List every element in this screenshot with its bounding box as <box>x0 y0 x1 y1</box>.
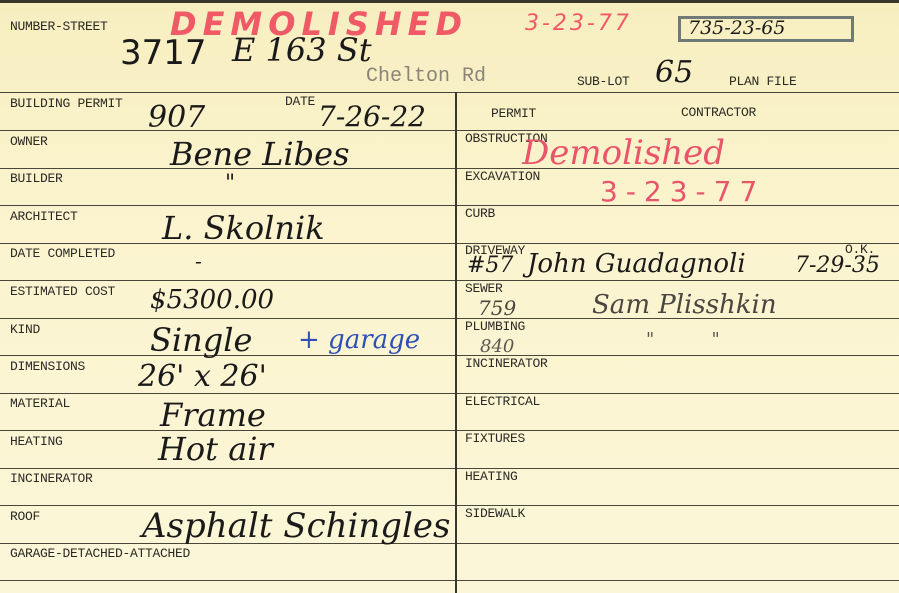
field-value-material: Frame <box>160 396 266 434</box>
field-value-kind-addendum: + garage <box>298 325 420 355</box>
field-value-dimensions: 26' x 26' <box>138 359 267 394</box>
field-label-heating: HEATING <box>10 434 63 449</box>
field-value-date-completed: - <box>195 249 202 273</box>
plumbing-permit-no: 840 <box>480 336 514 357</box>
field-label-garage: GARAGE-DETACHED-ATTACHED <box>10 546 190 561</box>
driveway-contractor: John Guadagnoli <box>527 249 746 279</box>
field-label-architect: ARCHITECT <box>10 209 78 224</box>
divider <box>0 130 899 131</box>
plumbing-contractor: " " <box>646 329 720 350</box>
sub-lot-value: 65 <box>655 55 693 90</box>
field-value-architect: L. Skolnik <box>162 209 325 247</box>
column-divider <box>455 92 457 593</box>
divider <box>0 168 899 169</box>
address-street: E 163 St <box>232 31 372 69</box>
block-lot-number: 735-23-65 <box>688 17 785 39</box>
demolished-stamp-date: 3-23-77 <box>525 11 632 36</box>
field-label-plumbing: PLUMBING <box>465 319 525 334</box>
field-label-dimensions: DIMENSIONS <box>10 359 85 374</box>
field-label-owner: OWNER <box>10 134 48 149</box>
field-value-excavation: 3-23-77 <box>600 175 765 208</box>
field-value-obstruction: Demolished <box>522 133 725 173</box>
field-label-builder: BUILDER <box>10 171 63 186</box>
field-value-building-permit: 907 <box>148 100 205 135</box>
field-value-permit-date: 7-26-22 <box>318 100 426 133</box>
divider <box>0 243 899 244</box>
field-label-heating-right: HEATING <box>465 469 518 484</box>
sewer-contractor: Sam Plisshkin <box>592 290 777 320</box>
field-value-owner: Bene Libes <box>170 135 350 173</box>
field-label-kind: KIND <box>10 322 40 337</box>
alt-street: Chelton Rd <box>366 65 486 88</box>
divider <box>0 430 899 431</box>
field-value-builder: " <box>225 171 235 196</box>
field-label-roof: ROOF <box>10 509 40 524</box>
driveway-permit-no: #57 <box>467 253 513 278</box>
field-label-date: DATE <box>285 94 315 109</box>
divider <box>0 580 899 581</box>
field-label-sidewalk: SIDEWALK <box>465 506 525 521</box>
field-label-curb: CURB <box>465 206 495 221</box>
field-label-electrical: ELECTRICAL <box>465 394 540 409</box>
field-value-roof: Asphalt Schingles <box>142 506 451 546</box>
divider <box>0 393 899 394</box>
divider <box>0 355 899 356</box>
field-value-heating: Hot air <box>158 430 273 468</box>
field-label-building-permit: BUILDING PERMIT <box>10 96 123 111</box>
field-label-estimated-cost: ESTIMATED COST <box>10 284 115 299</box>
driveway-date: 7-29-35 <box>795 253 880 278</box>
address-number: 3717 <box>120 33 207 73</box>
field-value-kind: Single <box>150 321 252 359</box>
sewer-permit-no: 759 <box>478 296 516 320</box>
divider <box>0 280 899 281</box>
field-label-incinerator-right: INCINERATOR <box>465 356 548 371</box>
divider <box>0 468 899 469</box>
column-header-contractor: CONTRACTOR <box>681 105 756 120</box>
sub-lot-label: SUB-LOT <box>577 74 630 89</box>
number-street-label: NUMBER-STREET <box>10 19 108 34</box>
field-label-sewer: SEWER <box>465 281 503 296</box>
field-label-date-completed: DATE COMPLETED <box>10 246 115 261</box>
divider <box>0 92 899 93</box>
field-label-fixtures: FIXTURES <box>465 431 525 446</box>
field-label-incinerator: INCINERATOR <box>10 471 93 486</box>
column-header-permit: PERMIT <box>491 106 536 121</box>
plan-file-label: PLAN FILE <box>729 74 797 89</box>
permit-index-card: NUMBER-STREET DEMOLISHED 3-23-77 735-23-… <box>0 0 899 593</box>
field-value-estimated-cost: $5300.00 <box>150 285 274 315</box>
field-label-material: MATERIAL <box>10 396 70 411</box>
